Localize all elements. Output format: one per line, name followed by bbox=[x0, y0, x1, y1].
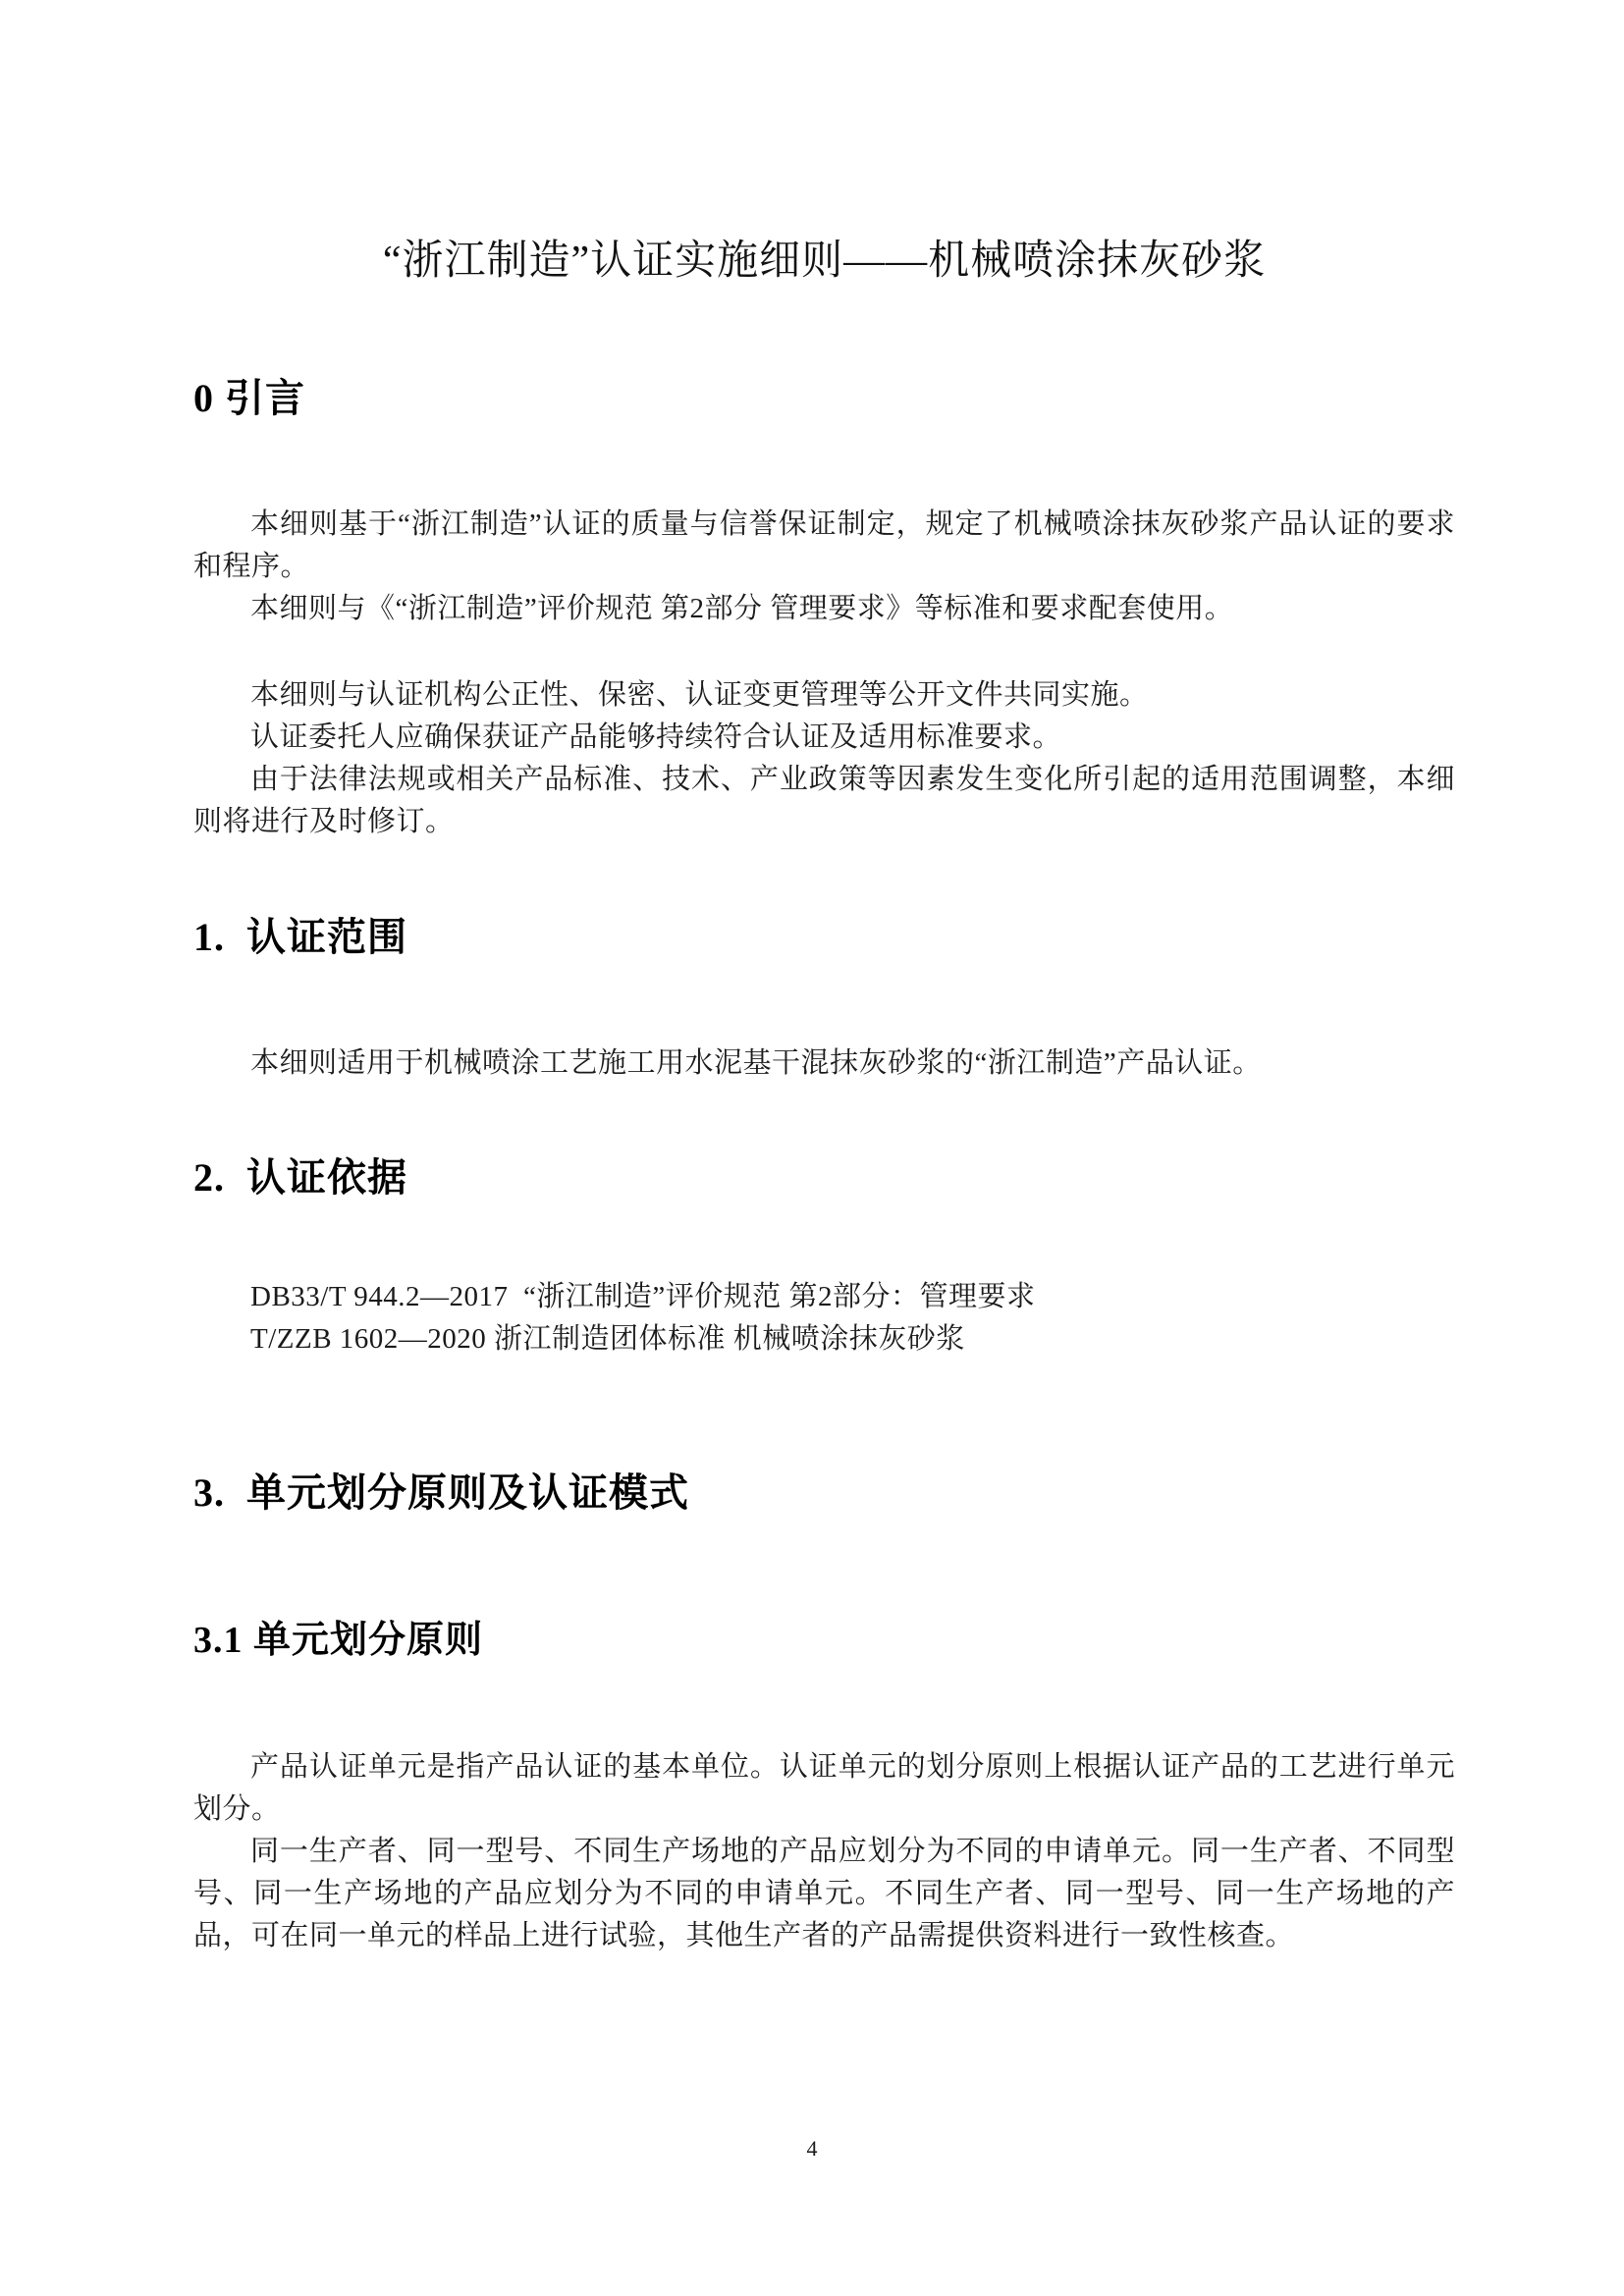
document-page: “浙江制造”认证实施细则——机械喷涂抹灰砂浆 0 引言 本细则基于“浙江制造”认… bbox=[0, 0, 1624, 2296]
unit-paragraph-2: 同一生产者、同一型号、不同生产场地的产品应划分为不同的申请单元。同一生产者、不同… bbox=[193, 1831, 1455, 1957]
intro-paragraph-5: 由于法律法规或相关产品标准、技术、产业政策等因素发生变化所引起的适用范围调整，本… bbox=[193, 759, 1455, 843]
page-number: 4 bbox=[0, 2136, 1624, 2162]
reference-standard-2: T/ZZB 1602—2020 浙江制造团体标准 机械喷涂抹灰砂浆 bbox=[250, 1318, 1455, 1361]
heading-unit-division: 3. 单元划分原则及认证模式 bbox=[193, 1470, 1455, 1516]
unit-paragraph-1: 产品认证单元是指产品认证的基本单位。认证单元的划分原则上根据认证产品的工艺进行单… bbox=[193, 1746, 1455, 1831]
intro-paragraph-1: 本细则基于“浙江制造”认证的质量与信誉保证制定，规定了机械喷涂抹灰砂浆产品认证的… bbox=[193, 504, 1455, 588]
scope-paragraph: 本细则适用于机械喷涂工艺施工用水泥基干混抹灰砂浆的“浙江制造”产品认证。 bbox=[193, 1042, 1455, 1085]
heading-certification-scope: 1. 认证范围 bbox=[193, 915, 1455, 960]
intro-paragraph-3: 本细则与认证机构公正性、保密、认证变更管理等公开文件共同实施。 bbox=[193, 674, 1455, 717]
document-title: “浙江制造”认证实施细则——机械喷涂抹灰砂浆 bbox=[193, 239, 1455, 284]
intro-paragraph-2: 本细则与《“浙江制造”评价规范 第2部分 管理要求》等标准和要求配套使用。 bbox=[193, 588, 1455, 630]
heading-certification-basis: 2. 认证依据 bbox=[193, 1155, 1455, 1201]
intro-paragraph-4: 认证委托人应确保获证产品能够持续符合认证及适用标准要求。 bbox=[193, 717, 1455, 759]
subheading-unit-division-principle: 3.1 单元划分原则 bbox=[193, 1618, 1455, 1663]
reference-standards-list: DB33/T 944.2—2017 “浙江制造”评价规范 第2部分：管理要求 T… bbox=[250, 1276, 1455, 1361]
reference-standard-1: DB33/T 944.2—2017 “浙江制造”评价规范 第2部分：管理要求 bbox=[250, 1276, 1455, 1318]
heading-introduction: 0 引言 bbox=[193, 376, 1455, 421]
